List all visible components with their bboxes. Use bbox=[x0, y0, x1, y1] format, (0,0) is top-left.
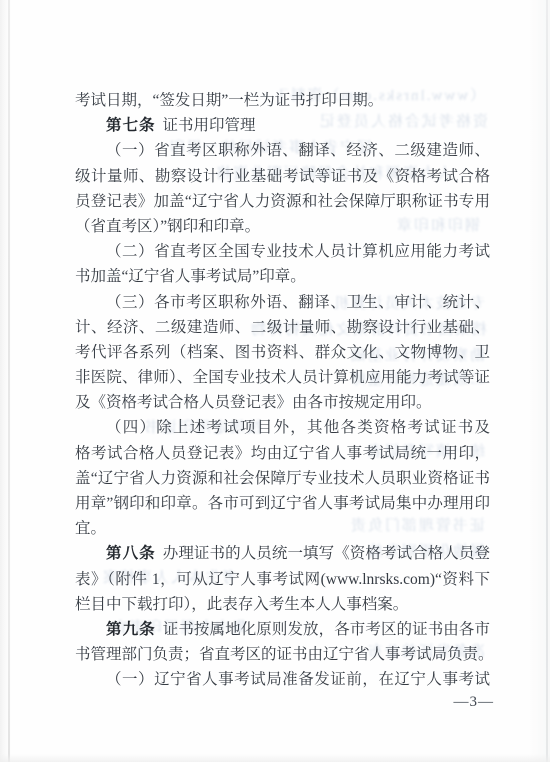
section-heading: 第九条 bbox=[106, 621, 156, 638]
page-number: —3— bbox=[454, 694, 495, 711]
text-line: （二）省直考区全国专业技术人员计算机应用能力考试证 bbox=[75, 239, 490, 264]
page-edge-left bbox=[8, 0, 10, 762]
text-line: （省直考区）”钢印和印章。 bbox=[75, 214, 490, 239]
text-line: 考试日期，“签发日期”一栏为证书打印日期。 bbox=[75, 88, 490, 113]
text-line: 第七条证书用印管理 bbox=[75, 113, 490, 138]
section-heading: 第七条 bbox=[106, 117, 156, 134]
scanned-page: （www.lnrsks.com）资料下载 资格考试合格人员登记 辽宁省人事考试局… bbox=[0, 0, 550, 762]
text-line: 盖“辽宁省人力资源和社会保障厅专业技术人员职业资格证书专 bbox=[75, 466, 490, 491]
line-text: 证书用印管理 bbox=[163, 117, 256, 134]
text-line: （三）各市考区职称外语、翻译、卫生、审计、统计、会 bbox=[75, 290, 490, 315]
text-line: 宜。 bbox=[75, 516, 490, 541]
text-line: 格考试合格人员登记表》均由辽宁省人事考试局统一用印，加 bbox=[75, 441, 490, 466]
text-line: 第九条证书按属地化原则发放，各市考区的证书由各市证 bbox=[75, 617, 490, 642]
text-line: （四）除上述考试项目外，其他各类资格考试证书及《资 bbox=[75, 415, 490, 440]
text-line: 及《资格考试合格人员登记表》由各市按规定用印。 bbox=[75, 390, 490, 415]
text-line: 计、经济、二级建造师、二级计量师、勘察设计行业基础、以 bbox=[75, 315, 490, 340]
section-heading: 第八条 bbox=[106, 545, 156, 562]
text-line: 第八条办理证书的人员统一填写《资格考试合格人员登记 bbox=[75, 541, 490, 566]
text-line: 书加盖“辽宁省人事考试局”印章。 bbox=[75, 264, 490, 289]
text-line: 非医院、律师）、全国专业技术人员计算机应用能力考试等证书 bbox=[75, 365, 490, 390]
text-line: （一）辽宁省人事考试局准备发证前，在辽宁人事考试网 bbox=[75, 667, 490, 692]
text-line: 表》（附件 1，可从辽宁人事考试网(www.lnrsks.com)“资料下载” bbox=[75, 567, 490, 592]
line-text: 证书按属地化原则发放，各市考区的证书由各市证 bbox=[106, 621, 490, 642]
text-line: 考代评各系列（档案、图书资料、群众文化、文物博物、卫生 bbox=[75, 340, 490, 365]
page-edge-right bbox=[546, 0, 548, 762]
page-edge-bottom bbox=[0, 754, 550, 762]
line-text: 办理证书的人员统一填写《资格考试合格人员登记 bbox=[106, 545, 490, 566]
document-body: 考试日期，“签发日期”一栏为证书打印日期。 第七条证书用印管理 （一）省直考区职… bbox=[75, 88, 490, 693]
text-line: 用章”钢印和印章。各市可到辽宁省人事考试局集中办理用印事 bbox=[75, 491, 490, 516]
text-line: （一）省直考区职称外语、翻译、经济、二级建造师、二 bbox=[75, 138, 490, 163]
text-line: 栏目中下载打印），此表存入考生本人人事档案。 bbox=[75, 592, 490, 617]
text-line: 员登记表》加盖“辽宁省人力资源和社会保障厅职称证书专用章 bbox=[75, 189, 490, 214]
text-line: 级计量师、勘察设计行业基础考试等证书及《资格考试合格人 bbox=[75, 164, 490, 189]
text-line: 书管理部门负责；省直考区的证书由辽宁省人事考试局负责。 bbox=[75, 642, 490, 667]
